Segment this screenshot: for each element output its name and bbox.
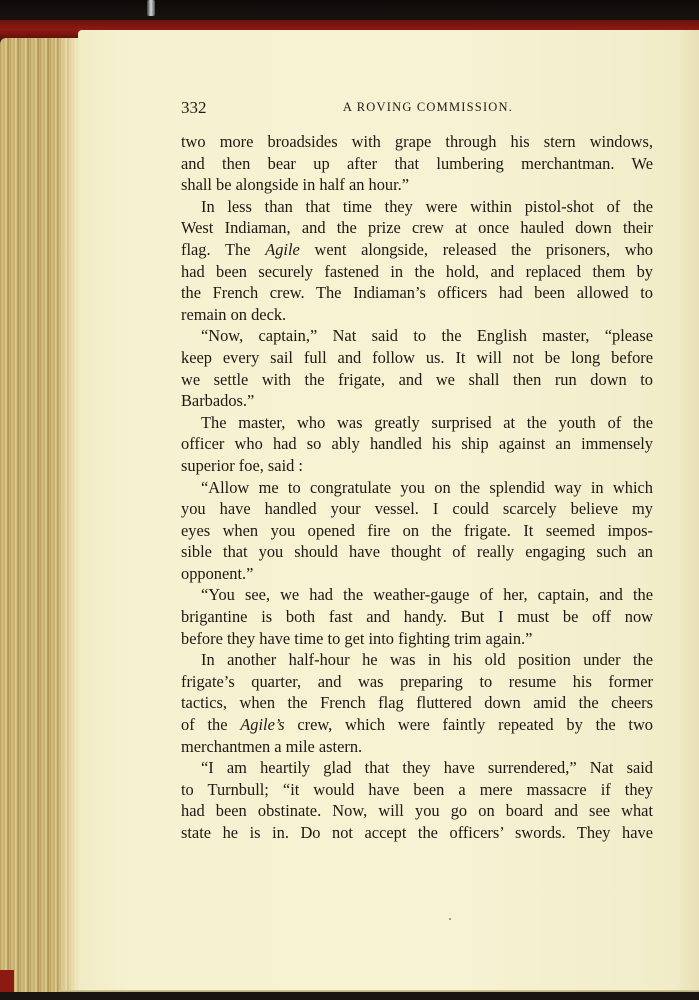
text-line: and then bear up after that lumbering me… <box>181 153 653 175</box>
book-cover-corner <box>0 970 14 994</box>
text-line: “I am heartily glad that they have surre… <box>181 757 653 779</box>
text-line: sible that you should have thought of re… <box>181 541 653 563</box>
running-head: 332 A ROVING COMMISSION. <box>181 98 653 116</box>
text-line: state he is in. Do not accept the office… <box>181 822 653 844</box>
body-text: two more broadsides with grape through h… <box>181 131 653 844</box>
text-line: brigantine is both fast and handy. But I… <box>181 606 653 628</box>
text-line: In less than that time they were within … <box>181 196 653 218</box>
text-line: you have handled your vessel. I could sc… <box>181 498 653 520</box>
text-line: had been obstinate. Now, will you go on … <box>181 800 653 822</box>
text-line: to Turnbull; “it would have been a mere … <box>181 779 653 801</box>
text-line: Barbados.” <box>181 390 653 412</box>
text-line: officer who had so ably handled his ship… <box>181 433 653 455</box>
running-title: A ROVING COMMISSION. <box>181 100 653 115</box>
paper-speck <box>449 918 451 920</box>
text-line: keep every sail full and follow us. It w… <box>181 347 653 369</box>
bookmark-ribbon <box>147 0 155 16</box>
text-line: In another half-hour he was in his old p… <box>181 649 653 671</box>
text-line: two more broadsides with grape through h… <box>181 131 653 153</box>
text-line: merchantmen a mile astern. <box>181 736 653 758</box>
text-line: opponent.” <box>181 563 653 585</box>
text-line: “You see, we had the weather-gauge of he… <box>181 584 653 606</box>
text-line: superior foe, said : <box>181 455 653 477</box>
text-line: The master, who was greatly surprised at… <box>181 412 653 434</box>
text-line: had been securely fastened in the hold, … <box>181 261 653 283</box>
text-line: remain on deck. <box>181 304 653 326</box>
text-line: “Now, captain,” Nat said to the English … <box>181 325 653 347</box>
page-edges <box>0 38 80 993</box>
text-line: tactics, when the French flag fluttered … <box>181 692 653 714</box>
text-line: of the Agile’s crew, which were faintly … <box>181 714 653 736</box>
text-line: eyes when you opened fire on the frigate… <box>181 520 653 542</box>
ship-name: Agile <box>265 240 300 259</box>
text-line: shall be alongside in half an hour.” <box>181 174 653 196</box>
text-line: before they have time to get into fighti… <box>181 628 653 650</box>
ship-name: Agile’s <box>240 715 284 734</box>
text-line: we settle with the frigate, and we shall… <box>181 369 653 391</box>
text-line: flag. The Agile went alongside, released… <box>181 239 653 261</box>
text-line: West Indiaman, and the prize crew at onc… <box>181 217 653 239</box>
background-bottom <box>0 992 699 1000</box>
text-line: “Allow me to congratulate you on the spl… <box>181 477 653 499</box>
text-line: frigate’s quarter, and was preparing to … <box>181 671 653 693</box>
text-line: the French crew. The Indiaman’s officers… <box>181 282 653 304</box>
